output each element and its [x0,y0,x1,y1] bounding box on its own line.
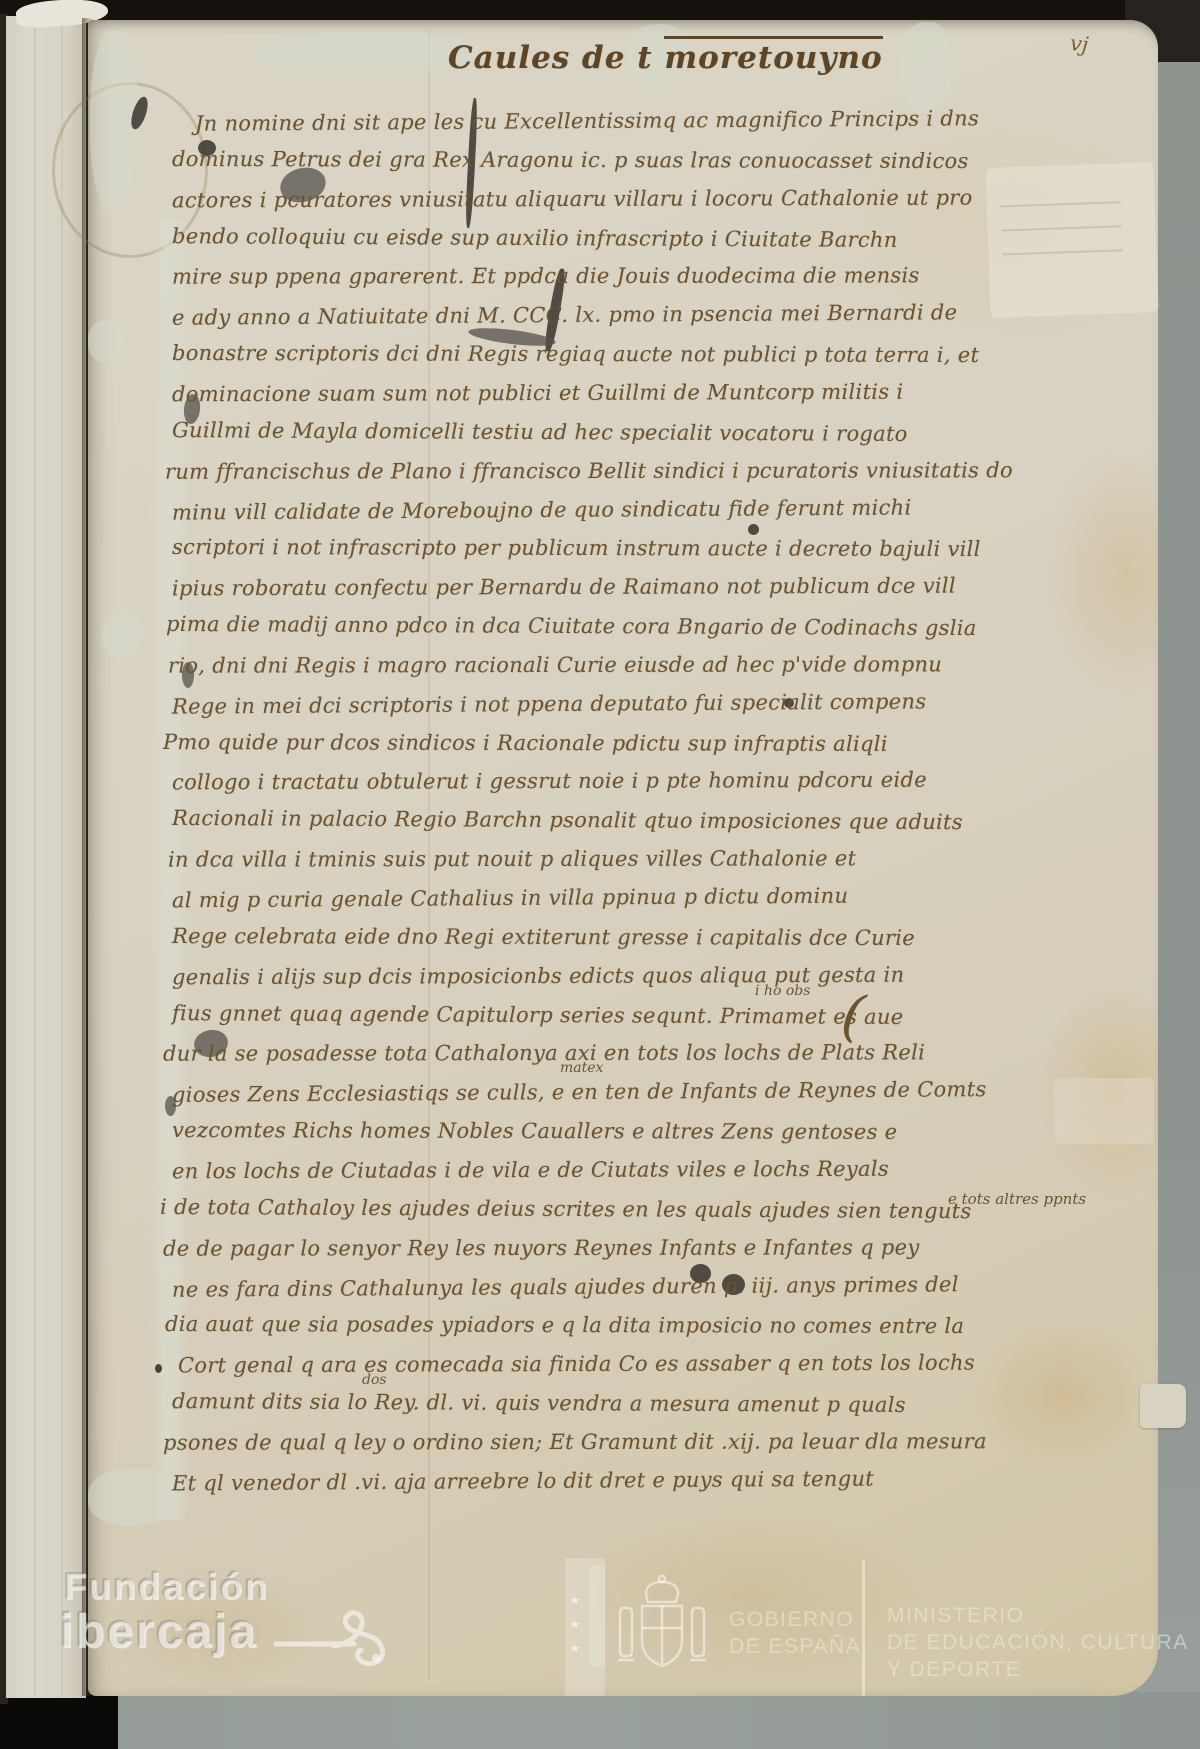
manuscript-line: minu vill calidate de Moreboujno de quo … [172,495,912,524]
manuscript-line: Rege celebrata eide dno Regi extiterunt … [172,924,915,950]
manuscript-line: ipius roboratu confectu per Bernardu de … [172,574,956,601]
manuscript-line: scriptori i not infrascripto per publicu… [172,535,981,561]
manuscript-line: vezcomtes Richs homes Nobles Cauallers e… [172,1118,897,1144]
manuscript-line: bonastre scriptoris dci dni Regis regiaq… [172,341,979,367]
manuscript-line: gioses Zens Ecclesiastiqs se culls, e en… [172,1077,987,1107]
star-icon: ★ [570,1594,580,1607]
ministerio-line3: Y DEPORTE [887,1656,1189,1683]
heading-overlined-word: moretouyno [664,36,882,76]
manuscript-line: de de pagar lo senyor Rey les nuyors Rey… [163,1235,920,1260]
manuscript-line: mire sup ppena gparerent. Et ppdca die J… [172,264,920,289]
star-icon: ★ [570,1642,580,1655]
watermark-divider [862,1560,865,1696]
ministerio-watermark-text: MINISTERIO DE EDUCACIÓN, CULTURA Y DEPOR… [887,1602,1189,1683]
manuscript-line: in dca villa i tminis suis put nouit p a… [168,847,856,872]
manuscript-line: en los lochs de Ciutadas i de vila e de … [172,1157,889,1184]
star-icon: ★ [570,1618,580,1631]
manuscript-line: damunt dits sia lo Rey. dl. vi. quis ven… [172,1389,906,1417]
heading-first-words: Caules de t [448,40,664,76]
manuscript-line: Jn nomine dni sit ape les cu Excellentis… [195,106,979,135]
manuscript-line: actores i pcuratores vniusitatu aliquaru… [172,185,973,212]
manuscript-line: Racionali in palacio Regio Barchn psonal… [172,806,963,834]
ministerio-line2: DE EDUCACIÓN, CULTURA [887,1629,1189,1656]
manuscript-line: rum ffrancischus de Plano i ffrancisco B… [165,458,1013,483]
ibercaja-watermark-text: ibercaja [60,1604,257,1659]
eu-stars-icon: ★ ★ ★ [570,1594,580,1655]
gobierno-line2: DE ESPAÑA [729,1633,861,1660]
gobierno-line1: GOBIERNO [729,1606,861,1633]
manuscript-line: Et ql venedor dl .vi. aja arreebre lo di… [172,1466,874,1495]
spain-coat-of-arms-icon [616,1572,708,1684]
ministerio-line1: MINISTERIO [887,1602,1189,1629]
page-heading: Caules de t moretouyno [448,40,883,76]
manuscript-line: genalis i alijs sup dcis imposicionbs ed… [172,962,904,989]
manuscript-line: dominus Petrus dei gra Rex Aragonu ic. p… [172,147,969,173]
manuscript-line: psones de qual q ley o ordino sien; Et G… [163,1429,987,1454]
gobierno-watermark-text: GOBIERNO DE ESPAÑA [729,1606,861,1660]
manuscript-line: Rege in mei dci scriptoris i not ppena d… [172,689,927,718]
manuscript-line: dia auat que sia posades ypiadors e q la… [165,1312,964,1338]
manuscript-line: fius gnnet quaq agende Capitulorp series… [172,1001,904,1029]
manuscript-line: dur la se posadesse tota Cathalonya axi … [163,1041,925,1066]
manuscript-line: collogo i tractatu obtulerut i gessrut n… [172,768,927,795]
manuscript-line: e ady anno a Natiuitate dni M. CCC. lx. … [172,301,957,330]
ibercaja-swan-icon [272,1596,398,1672]
fundacion-watermark-text: Fundación [64,1566,269,1608]
manuscript-line: Cort genal q ara es comecada sia finida … [178,1351,975,1378]
manuscript-text-block: Caules de t moretouyno vj ( i ho obs mat… [0,0,1200,1749]
manuscript-line: Guillmi de Mayla domicelli testiu ad hec… [172,418,908,446]
manuscript-line: pima die madij anno pdco in dca Ciuitate… [166,612,977,640]
manuscript-line: dominacione suam sum not publici et Guil… [172,380,903,407]
manuscript-line: bendo colloquiu cu eisde sup auxilio inf… [172,224,898,252]
manuscript-line: rio, dni dni Regis i magro racionali Cur… [168,652,942,677]
folio-number: vj [1069,31,1090,57]
manuscript-line: ne es fara dins Cathalunya les quals aju… [172,1272,959,1301]
manuscript-line: Pmo quide pur dcos sindicos i Racionale … [163,730,888,756]
manuscript-line: i de tota Cathaloy les ajudes deius scri… [160,1195,972,1223]
manuscript-line: al mig p curia genale Cathalius in villa… [172,884,848,913]
